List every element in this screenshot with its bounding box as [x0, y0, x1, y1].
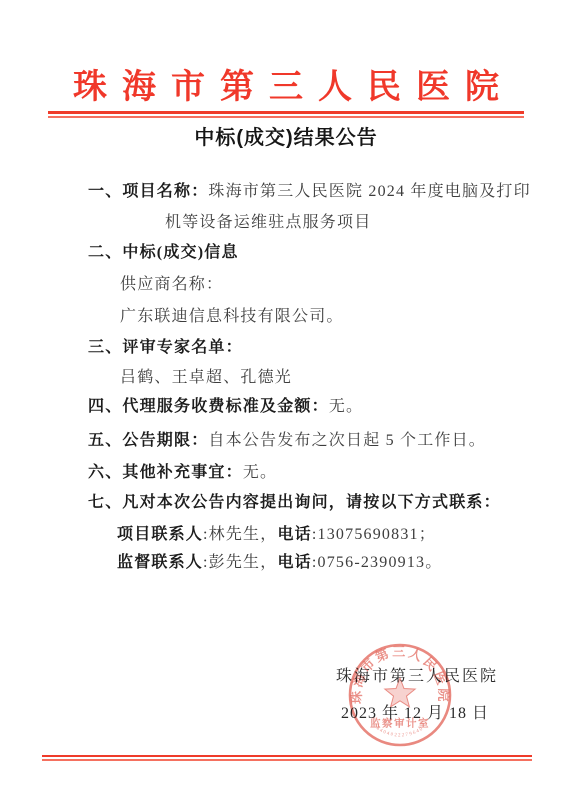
- text-run: :13075690831；: [312, 526, 436, 543]
- footer-divider-top: [42, 755, 532, 757]
- text-run: 五、公告期限：: [88, 432, 208, 449]
- header-divider-thick: [48, 111, 524, 114]
- text-run: 电话: [277, 526, 311, 543]
- body-line: 四、代理服务收费标准及金额：无。: [88, 396, 363, 418]
- text-run: 吕鹤、王卓超、孔德光: [120, 369, 292, 386]
- body-line: 六、其他补充事宜：无。: [88, 462, 277, 484]
- text-run: 无。: [329, 398, 363, 415]
- text-run: :0756-2390913。: [312, 554, 443, 571]
- text-run: 无。: [243, 464, 277, 481]
- body-line: 七、凡对本次公告内容提出询问，请按以下方式联系：: [88, 492, 501, 514]
- text-run: 珠海市第三人民医院 2024 年度电脑及打印: [208, 183, 530, 200]
- body-line: 三、评审专家名单：: [88, 337, 243, 359]
- text-run: :彭先生，: [203, 554, 277, 571]
- body-line: 监督联系人:彭先生，电话:0756-2390913。: [117, 552, 442, 574]
- text-run: 机等设备运维驻点服务项目: [165, 214, 371, 231]
- text-run: 六、其他补充事宜：: [88, 464, 243, 481]
- body-line: 机等设备运维驻点服务项目: [165, 212, 371, 234]
- text-run: 项目联系人: [117, 526, 203, 543]
- star-icon: [385, 678, 415, 707]
- text-run: 监督联系人: [117, 554, 203, 571]
- body-line: 一、项目名称：珠海市第三人民医院 2024 年度电脑及打印: [88, 181, 531, 203]
- announcement-title: 中标(成交)结果公告: [0, 121, 572, 150]
- text-run: 供应商名称：: [120, 276, 223, 293]
- document-page: 珠海市第三人民医院 中标(成交)结果公告 一、项目名称：珠海市第三人民医院 20…: [0, 0, 572, 792]
- header-divider-thin: [48, 116, 524, 118]
- text-run: 电话: [277, 554, 311, 571]
- text-run: 自本公告发布之次日起 5 个工作日。: [208, 432, 486, 449]
- text-run: 广东联迪信息科技有限公司。: [120, 308, 344, 325]
- text-run: :林先生，: [203, 526, 277, 543]
- body-line: 吕鹤、王卓超、孔德光: [120, 367, 292, 389]
- text-run: 三、评审专家名单：: [88, 339, 243, 356]
- body-line: 项目联系人:林先生，电话:13075690831；: [117, 524, 436, 546]
- official-seal-stamp: 珠海市第三人民医院 监察审计室 4404022279640: [346, 641, 454, 749]
- text-run: 一、项目名称：: [88, 183, 208, 200]
- text-run: 二、中标(成交)信息: [88, 244, 239, 261]
- text-run: 四、代理服务收费标准及金额：: [88, 398, 329, 415]
- seal-graphic: 珠海市第三人民医院 监察审计室 4404022279640: [346, 641, 454, 749]
- body-line: 五、公告期限：自本公告发布之次日起 5 个工作日。: [88, 430, 486, 452]
- footer-divider-bottom: [42, 759, 532, 761]
- body-line: 供应商名称：: [120, 274, 223, 296]
- text-run: 七、凡对本次公告内容提出询问，请按以下方式联系：: [88, 494, 501, 511]
- body-line: 二、中标(成交)信息: [88, 242, 239, 264]
- org-name-banner: 珠海市第三人民医院: [0, 59, 572, 108]
- body-line: 广东联迪信息科技有限公司。: [120, 306, 344, 328]
